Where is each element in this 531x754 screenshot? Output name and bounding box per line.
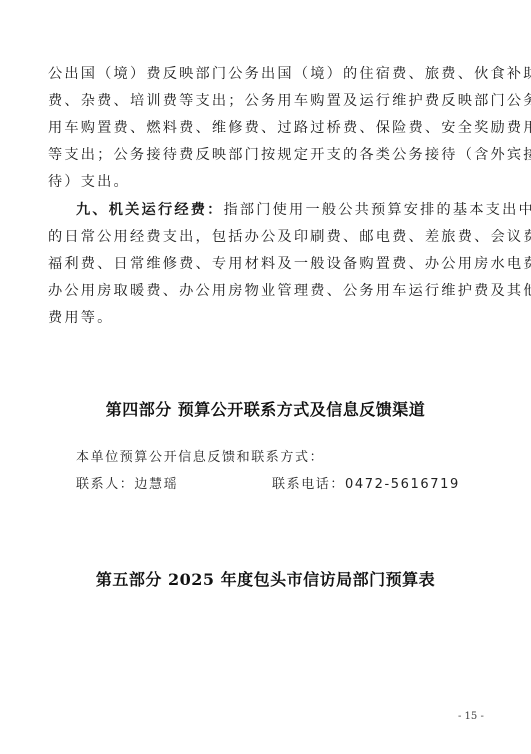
contact-phone: 联系电话：0472-5616719 <box>272 476 460 494</box>
section-5-title: 第五部分 2025 年度包头市信访局部门预算表 <box>0 569 531 591</box>
contact-person-name: 边慧瑶 <box>134 477 178 492</box>
contact-intro: 本单位预算公开信息反馈和联系方式： <box>76 449 324 467</box>
text-line: 办公用房取暖费、办公用房物业管理费、公务用车运行维护费及其他 <box>48 281 484 301</box>
text-line: 用车购置费、燃料费、维修费、过路过桥费、保险费、安全奖励费用 <box>48 118 484 138</box>
contact-phone-number: 0472-5616719 <box>345 477 460 492</box>
text-line: 费、杂费、培训费等支出；公务用车购置及运行维护费反映部门公务 <box>48 91 484 111</box>
text-line: 公出国（境）费反映部门公务出国（境）的住宿费、旅费、伙食补助 <box>48 64 484 84</box>
term-definition: 指部门使用一般公共预算安排的基本支出中 <box>224 202 531 218</box>
text-line: 福利费、日常维修费、专用材料及一般设备购置费、办公用房水电费、 <box>48 254 484 274</box>
text-line: 等支出；公务接待费反映部门按规定开支的各类公务接待（含外宾接 <box>48 145 484 165</box>
contact-person: 联系人：边慧瑶 <box>76 476 178 494</box>
text-line: 待）支出。 <box>48 172 484 192</box>
section-4-title: 第四部分 预算公开联系方式及信息反馈渠道 <box>0 399 531 421</box>
page-number: - 15 - <box>458 711 484 722</box>
text-line: 九、机关运行经费：指部门使用一般公共预算安排的基本支出中 <box>76 200 484 220</box>
term-heading: 九、机关运行经费： <box>76 202 224 218</box>
text-line: 的日常公用经费支出，包括办公及印刷费、邮电费、差旅费、会议费、 <box>48 227 484 247</box>
contact-phone-label: 联系电话： <box>272 477 345 492</box>
contact-person-label: 联系人： <box>76 477 134 492</box>
text-line: 费用等。 <box>48 308 484 328</box>
